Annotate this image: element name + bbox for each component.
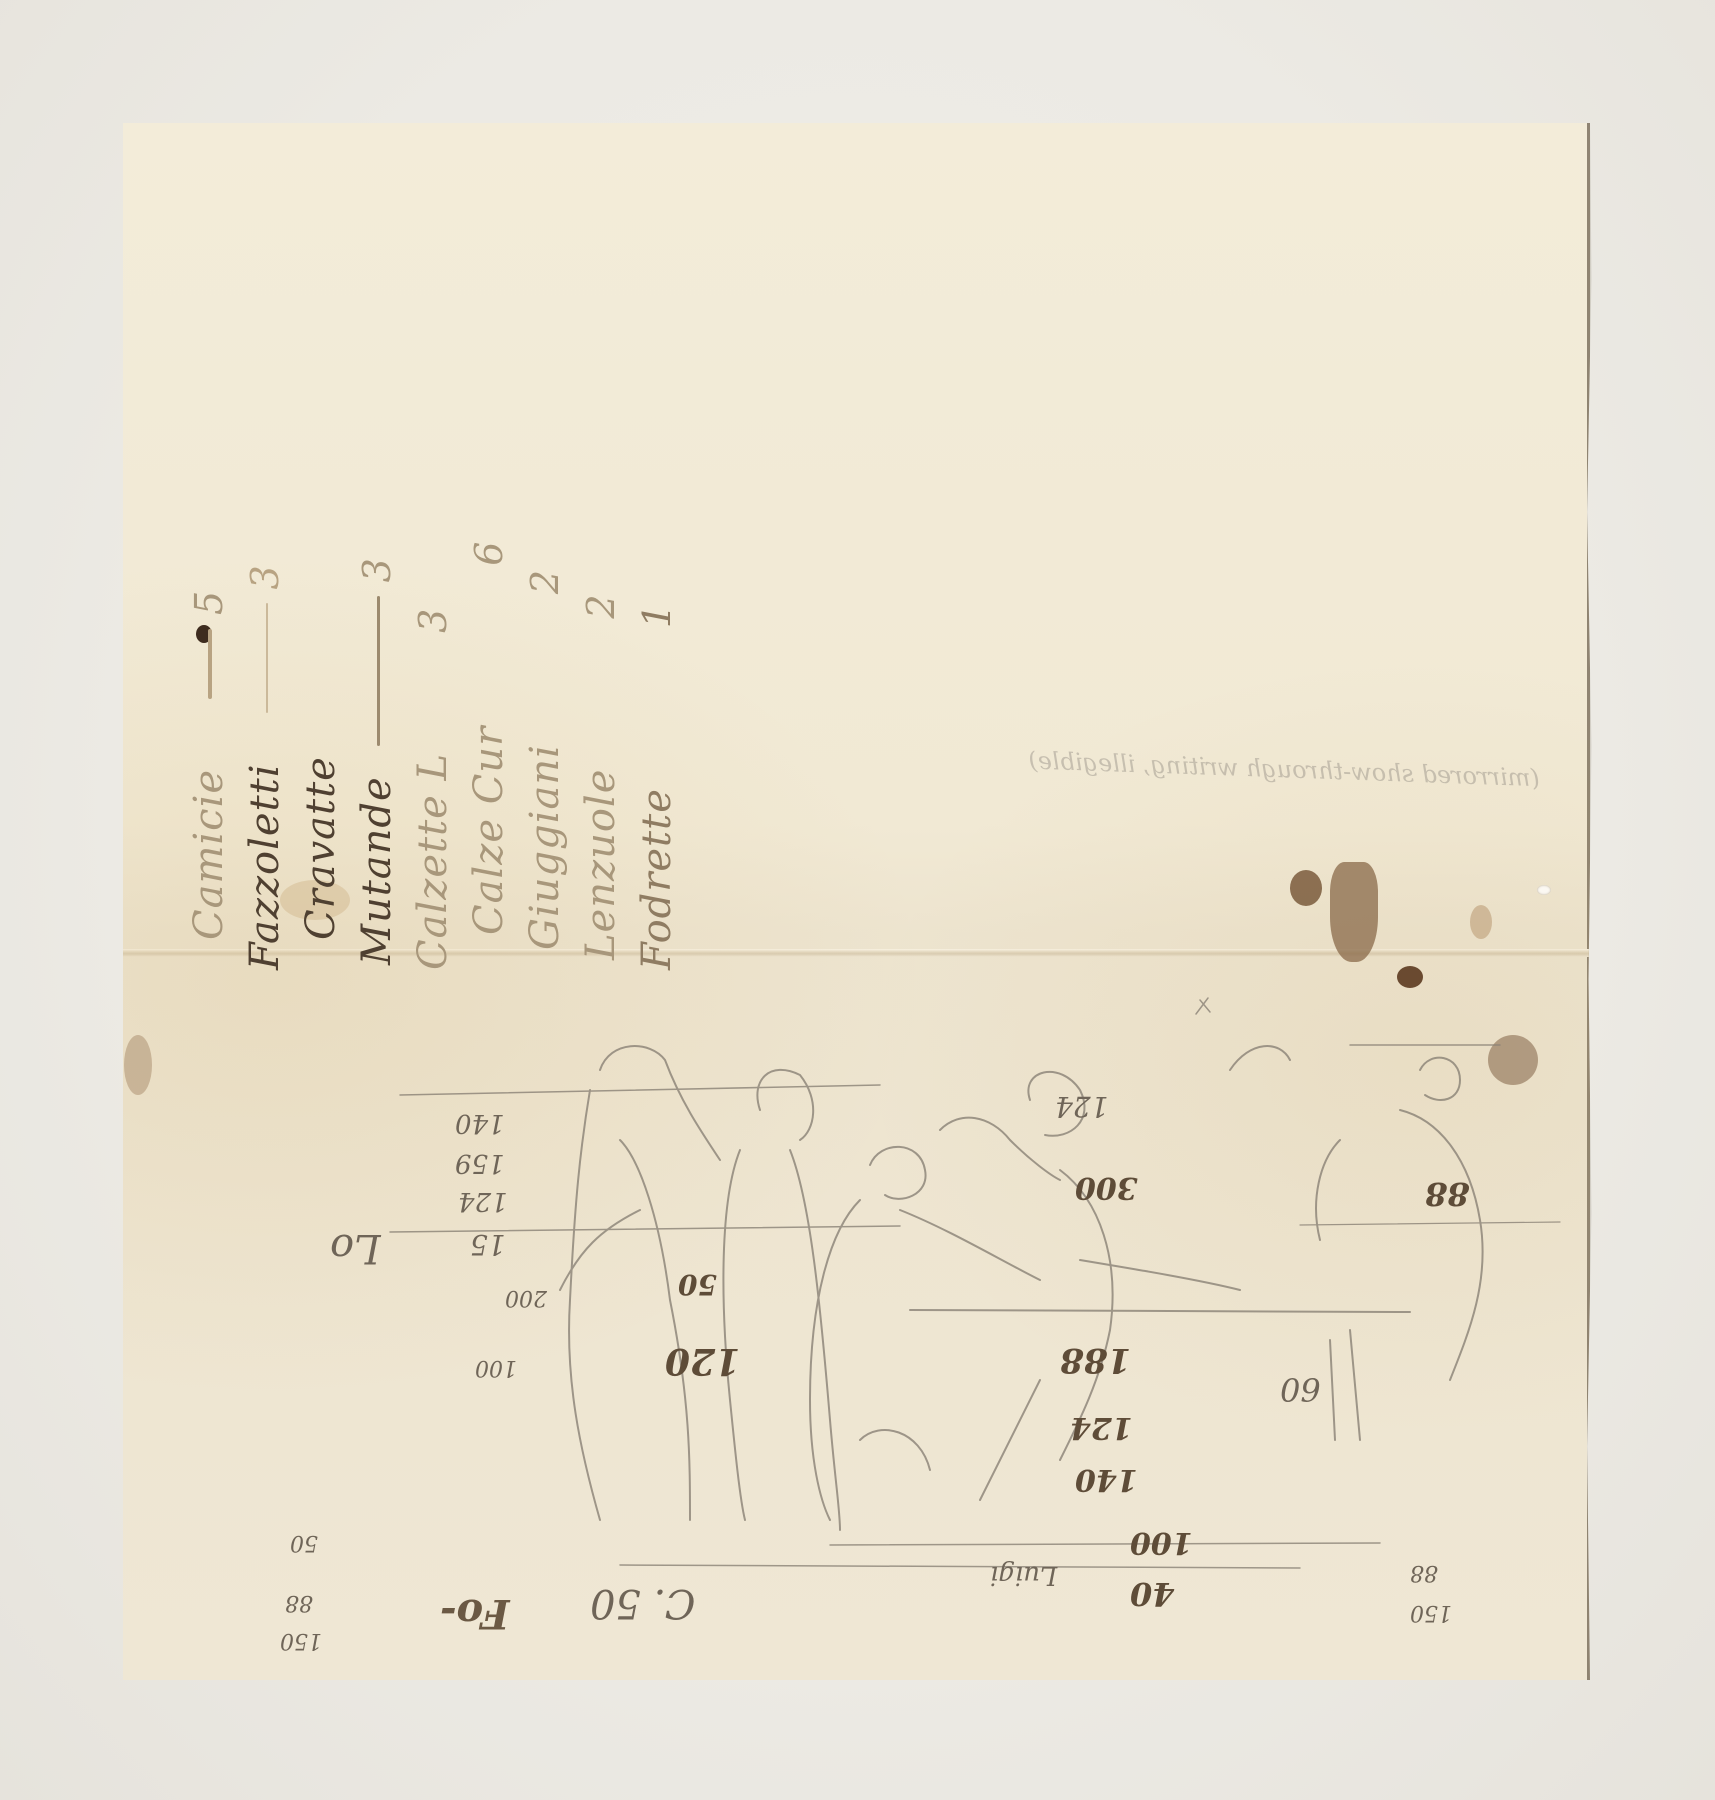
pencil-number: 88: [1410, 1560, 1438, 1585]
pencil-number: 140: [455, 1108, 505, 1138]
pencil-number: 50: [678, 1268, 717, 1301]
pencil-number: 60: [1280, 1370, 1321, 1408]
pencil-number: 124: [1070, 1410, 1133, 1445]
pencil-number: 150: [1410, 1600, 1452, 1625]
pencil-number: 15: [470, 1228, 506, 1261]
pencil-number: 100: [1130, 1525, 1193, 1560]
pencil-number: 124: [458, 1186, 508, 1216]
pencil-number: 120: [665, 1340, 740, 1382]
pencil-word: Fo-: [440, 1590, 510, 1637]
pencil-number: 300: [1075, 1170, 1138, 1205]
pencil-number: 188: [1060, 1340, 1131, 1380]
pencil-number: 150: [280, 1628, 322, 1653]
pencil-number: 200: [505, 1285, 547, 1310]
pencil-number: 140: [1075, 1462, 1138, 1497]
pencil-word: Luigi: [990, 1560, 1057, 1590]
pencil-number: 40: [1130, 1575, 1175, 1613]
pencil-figure-sketch: [123, 123, 1590, 1680]
pencil-word: C. 50: [590, 1580, 696, 1626]
pencil-word: Lo: [330, 1225, 381, 1271]
pencil-number: 124: [1055, 1090, 1108, 1123]
pencil-number: 100: [475, 1355, 517, 1380]
pencil-number: 50: [290, 1530, 318, 1555]
pencil-number: 88: [1425, 1175, 1470, 1213]
pencil-number: 159: [455, 1148, 505, 1178]
pencil-number: 88: [285, 1590, 313, 1615]
